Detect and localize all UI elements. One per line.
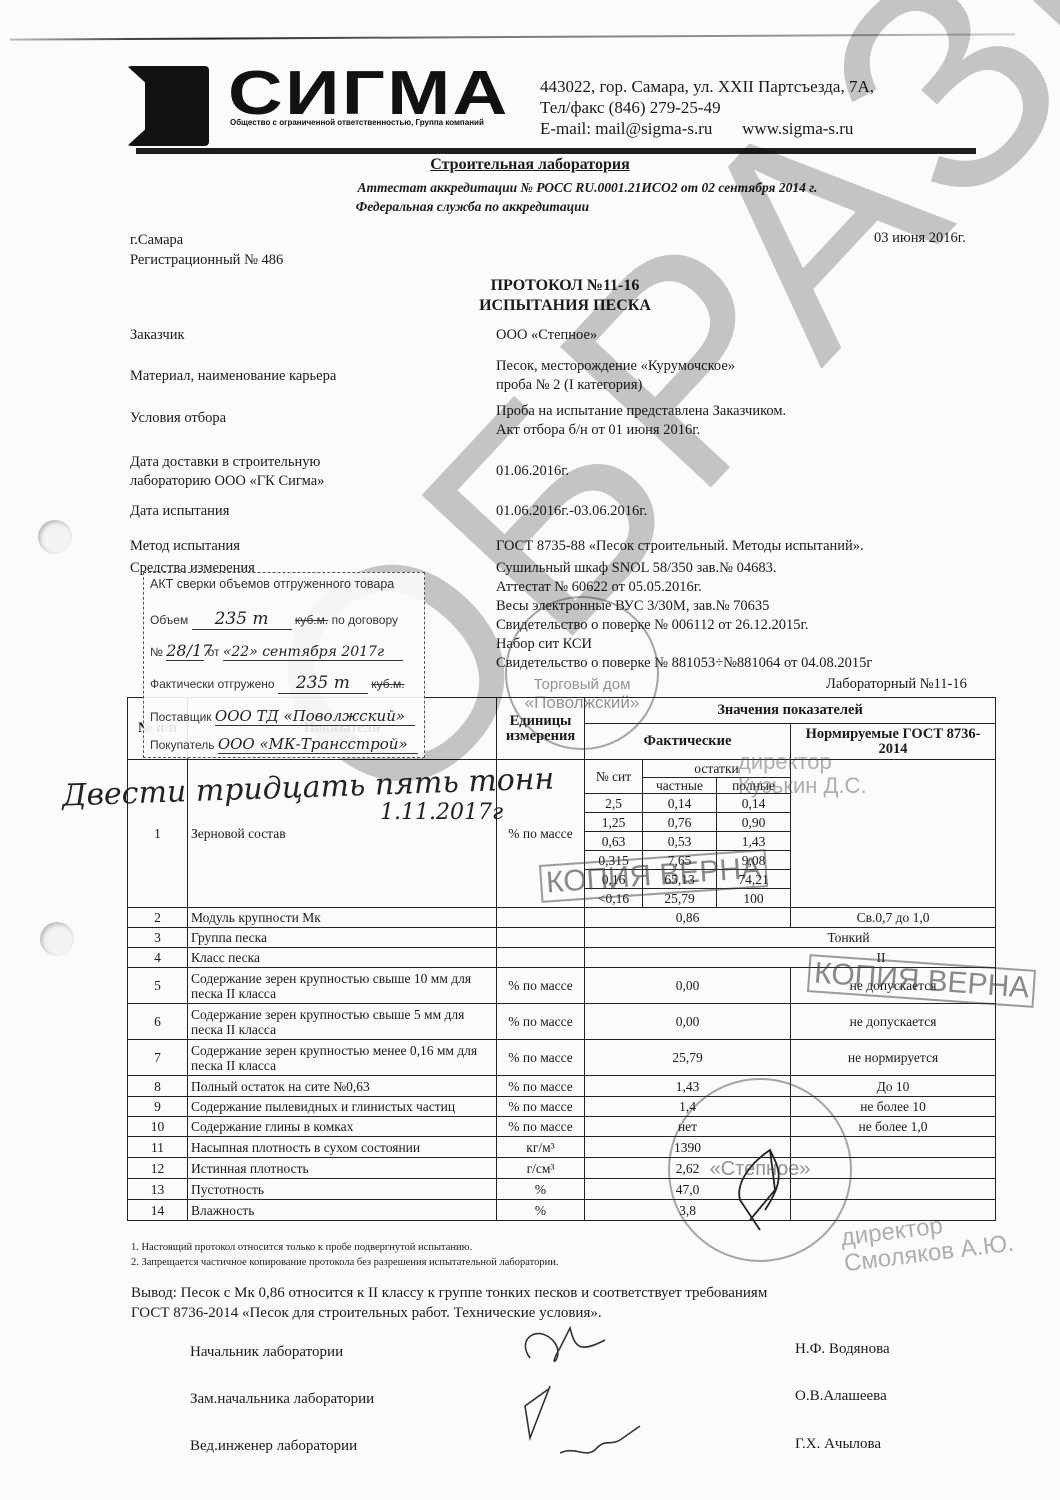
accreditation-text: Аттестат аккредитации № РОСС RU.0001.21И… [0, 178, 1060, 197]
table-row: 10 Содержание глины в комках % по массе … [128, 1117, 996, 1137]
note: 2. Запрещается частичное копирование про… [131, 1255, 558, 1270]
act-buyer-row: Покупатель ООО «МК-Трансстрой» [150, 735, 418, 754]
full-residue: 1,43 [717, 832, 791, 851]
act-shipped-value: 235 т [278, 673, 368, 694]
director-stamp-1: директор Кузькин Д.С. [738, 750, 867, 798]
table-row: 7 Содержание зерен крупностью менее 0,16… [128, 1040, 996, 1076]
row-name: Содержание зерен крупностью свыше 10 мм … [188, 968, 497, 1004]
row-num: 2 [128, 908, 188, 928]
row-name: Содержание пылевидных и глинистых частиц [188, 1097, 497, 1117]
act-shipped-row: Фактически отгружено 235 т куб.м. [150, 673, 405, 694]
row-actual: 25,79 [585, 1040, 791, 1076]
row-name: Содержание глины в комках [188, 1117, 497, 1137]
sigma-logo-icon [127, 66, 209, 146]
row-num: 10 [128, 1117, 188, 1137]
table-row: 8 Полный остаток на сите №0,63 % по масс… [128, 1076, 996, 1097]
row-num: 11 [128, 1137, 188, 1158]
signature-name: Г.Х. Ачылова [795, 1436, 881, 1453]
company-address: 443022, гор. Самара, ул. XXII Партсъезда… [540, 76, 874, 139]
row-unit [497, 928, 585, 948]
city: г.Самара [130, 230, 283, 250]
row-name: Модуль крупности Мк [188, 908, 497, 928]
header-sieve: № сит [585, 760, 643, 794]
trade-house-stamp: Торговый дом «Поволжский» [505, 596, 659, 750]
act-contract-number: 28/17 [166, 641, 204, 661]
row-num: 12 [128, 1158, 188, 1179]
director-signature-icon [720, 1130, 800, 1240]
field-value-delivery: 01.06.2016г. [496, 462, 569, 481]
field-label-method: Метод испытания [130, 537, 240, 556]
place-block: г.Самара Регистрационный № 486 [130, 230, 283, 270]
partial-residue: 0,76 [643, 813, 717, 832]
act-title: АКТ сверки объемов отгруженного товара [150, 577, 394, 591]
table-row: 13 Пустотность % 47,0 [128, 1179, 996, 1200]
act-buyer-value: ООО «МК-Трансстрой» [218, 735, 418, 754]
material-line: Песок, месторождение «Курумочское» [496, 357, 735, 376]
row-unit: % по массе [497, 968, 585, 1004]
row-unit: % [497, 1200, 585, 1221]
header-divider [136, 148, 976, 154]
row-actual: 0,00 [585, 968, 791, 1004]
signature-role: Начальник лаборатории [190, 1344, 343, 1361]
act-volume-row: Объем 235 т куб.м. по договору [150, 609, 398, 630]
shipment-act-stamp: АКТ сверки объемов отгруженного товара О… [143, 572, 425, 758]
row-unit: г/см³ [497, 1158, 585, 1179]
sampling-act-line: Акт отбора б/н от 01 июня 2016г. [496, 421, 786, 440]
row-unit: % по массе [497, 1076, 585, 1097]
row-name: Влажность [188, 1200, 497, 1221]
row-name: Истинная плотность [188, 1158, 497, 1179]
act-supplier-label: Поставщик [150, 710, 212, 724]
row-num: 6 [128, 1004, 188, 1040]
row-name: Содержание зерен крупностью менее 0,16 м… [188, 1040, 497, 1076]
row-norm: не нормируется [791, 1040, 996, 1076]
row-norm: Св.0,7 до 1,0 [791, 908, 996, 928]
field-value-test-date: 01.06.2016г.-03.06.2016г. [496, 502, 647, 521]
accreditation-body: Федеральная служба по аккредитации [0, 197, 1060, 216]
partial-residue: 0,14 [643, 794, 717, 813]
full-residue: 0,90 [717, 813, 791, 832]
table-row: 2 Модуль крупности Мк 0,86 Св.0,7 до 1,0 [128, 908, 996, 928]
row-num: 14 [128, 1200, 188, 1221]
act-unit-struck: куб.м. [295, 613, 328, 627]
row-unit: % [497, 1179, 585, 1200]
sieve: 2,5 [585, 794, 643, 813]
field-value-sampling: Проба на испытание представлена Заказчик… [496, 402, 786, 440]
signature-role: Зам.начальника лаборатории [190, 1391, 374, 1408]
signature-name: Н.Ф. Водянова [795, 1341, 890, 1358]
row-num: 7 [128, 1040, 188, 1076]
row-name: Полный остаток на сите №0,63 [188, 1076, 497, 1097]
lab-number: Лабораторный №11-16 [826, 676, 967, 693]
punch-hole-icon [38, 520, 72, 554]
company-legal-name: Общество с ограниченной ответственностью… [230, 118, 484, 127]
sieve: 1,25 [585, 813, 643, 832]
field-label-material: Материал, наименование карьера [130, 367, 336, 386]
table-row: 14 Влажность % 3,8 [128, 1200, 996, 1221]
field-value-method: ГОСТ 8735-88 «Песок строительный. Методы… [496, 537, 864, 556]
act-buyer-label: Покупатель [150, 738, 214, 752]
row-unit [497, 948, 585, 968]
act-volume-label: Объем [150, 613, 188, 627]
field-label-test-date: Дата испытания [130, 502, 229, 521]
row-num: 5 [128, 968, 188, 1004]
field-label-sampling: Условия отбора [130, 409, 226, 428]
sample-line: проба № 2 (I категория) [496, 376, 735, 395]
table-row: 3 Группа песка Тонкий [128, 928, 996, 948]
stamp-line: директор [738, 750, 867, 774]
protocol-subtitle: ИСПЫТАНИЯ ПЕСКА [0, 296, 1060, 316]
signature-scribbles-icon [510, 1318, 680, 1478]
punch-hole-icon [40, 922, 74, 956]
handwritten-date: 1.11.2017г [380, 800, 503, 825]
row-num: 3 [128, 928, 188, 948]
stamp-line: «Поволжский» [507, 693, 657, 713]
signature-name: О.В.Алашеева [795, 1388, 887, 1405]
act-contract-row: № 28/17 от «22» сентября 2017г [150, 641, 403, 661]
act-shipped-label: Фактически отгружено [150, 677, 275, 691]
phone-line: Тел/факс (846) 279-25-49 [540, 97, 874, 118]
row-unit [497, 908, 585, 928]
full-residue: 100 [717, 889, 791, 908]
signature-role: Вед.инженер лаборатории [190, 1438, 357, 1455]
row-name: Класс песка [188, 948, 497, 968]
act-contract-from: от [208, 645, 220, 659]
note: 1. Настоящий протокол относится только к… [131, 1240, 558, 1255]
lab-title: Строительная лаборатория [0, 156, 1060, 174]
sampling-line: Проба на испытание представлена Заказчик… [496, 402, 786, 421]
act-supplier-value: ООО ТД «Поволжский» [215, 707, 415, 726]
row-num: 9 [128, 1097, 188, 1117]
partial-residue: 0,53 [643, 832, 717, 851]
protocol-heading: ПРОТОКОЛ №11-16 ИСПЫТАНИЯ ПЕСКА [0, 276, 1060, 316]
table-row: 9 Содержание пылевидных и глинистых част… [128, 1097, 996, 1117]
act-volume-value: 235 т [192, 609, 292, 630]
notes: 1. Настоящий протокол относится только к… [131, 1240, 558, 1270]
row-name: Пустотность [188, 1179, 497, 1200]
row-actual: 0,86 [585, 908, 791, 928]
row-name: Группа песка [188, 928, 497, 948]
instrument-line: Аттестат № 60622 от 05.05.2016г. [496, 578, 872, 597]
accreditation-block: Аттестат аккредитации № РОСС RU.0001.21И… [0, 178, 1060, 216]
act-supplier-row: Поставщик ООО ТД «Поволжский» [150, 707, 415, 726]
sieve: 0,63 [585, 832, 643, 851]
stamp-line: Торговый дом [507, 676, 657, 693]
field-value-customer: ООО «Степное» [496, 326, 597, 345]
act-contract-label: по договору [332, 613, 398, 627]
field-label-customer: Заказчик [130, 326, 185, 345]
header-partial: частные [643, 778, 717, 794]
row-norm: не допускается [791, 1004, 996, 1040]
conclusion: Вывод: Песок с Мк 0,86 относится к II кл… [131, 1283, 767, 1323]
company-logo-text: СИГМА [228, 64, 510, 124]
table-row: 6 Содержание зерен крупностью свыше 5 мм… [128, 1004, 996, 1040]
row-unit: % по массе [497, 1117, 585, 1137]
field-label-delivery: Дата доставки в строительную лабораторию… [130, 453, 324, 491]
row-actual: 0,00 [585, 1004, 791, 1040]
row-merged-value: Тонкий [585, 928, 996, 948]
row-name: Насыпная плотность в сухом состоянии [188, 1137, 497, 1158]
row-norm: До 10 [791, 1076, 996, 1097]
stamp-line: Кузькин Д.С. [738, 774, 867, 798]
contact-line[interactable]: E-mail: mail@sigma-s.ru www.sigma-s.ru [540, 118, 874, 139]
row-num: 4 [128, 948, 188, 968]
protocol-title: ПРОТОКОЛ №11-16 [0, 276, 1060, 296]
act-contract-date: «22» сентября 2017г [223, 644, 403, 661]
table-row: 12 Истинная плотность г/см³ 2,62 [128, 1158, 996, 1179]
table-row: 11 Насыпная плотность в сухом состоянии … [128, 1137, 996, 1158]
field-value-material: Песок, месторождение «Курумочское» проба… [496, 357, 735, 395]
address-line: 443022, гор. Самара, ул. XXII Партсъезда… [540, 76, 874, 97]
act-unit-struck: куб.м. [371, 677, 404, 691]
row-unit: % по массе [497, 1097, 585, 1117]
row-unit: кг/м³ [497, 1137, 585, 1158]
registration-number: Регистрационный № 486 [130, 250, 283, 270]
document-date: 03 июня 2016г. [874, 230, 966, 247]
instrument-line: Сушильный шкаф SNOL 58/350 зав.№ 04683. [496, 559, 872, 578]
row-name: Содержание зерен крупностью свыше 5 мм д… [188, 1004, 497, 1040]
scan-edge-line [10, 33, 1015, 40]
conclusion-line: Вывод: Песок с Мк 0,86 относится к II кл… [131, 1283, 767, 1303]
row-num: 8 [128, 1076, 188, 1097]
row-num: 13 [128, 1179, 188, 1200]
row-unit: % по массе [497, 1040, 585, 1076]
row-unit: % по массе [497, 1004, 585, 1040]
